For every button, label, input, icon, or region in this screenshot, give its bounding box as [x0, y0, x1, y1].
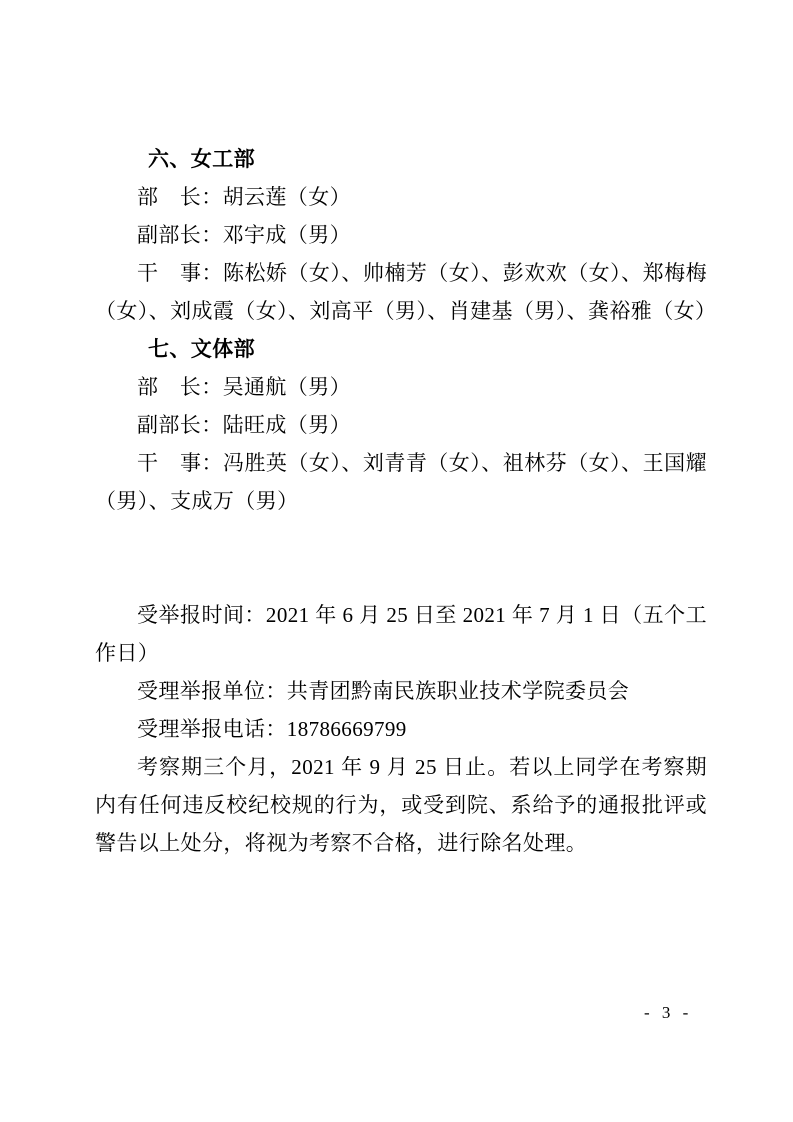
member-names: 胡云莲（女）	[223, 185, 351, 209]
report-time-line: 受举报时间：2021 年 6 月 25 日至 2021 年 7 月 1 日（五个…	[95, 596, 707, 672]
role-label: 部 长：	[137, 185, 223, 209]
blank-lines	[95, 520, 707, 596]
entry-line: 部 长：胡云莲（女）	[95, 178, 707, 216]
member-names: 吴通航（男）	[223, 375, 351, 399]
role-label: 部 长：	[137, 375, 223, 399]
role-label: 副部长：	[137, 223, 223, 247]
document-page: 六、女工部 部 长：胡云莲（女） 副部长：邓宇成（男） 干 事：陈松娇（女）、帅…	[0, 0, 793, 1122]
inspection-note: 考察期三个月，2021 年 9 月 25 日止。若以上同学在考察期内有任何违反校…	[95, 748, 707, 862]
entry-line: 干 事：陈松娇（女）、帅楠芳（女）、彭欢欢（女）、郑梅梅（女）、刘成霞（女）、刘…	[95, 254, 707, 330]
entry-line: 干 事：冯胜英（女）、刘青青（女）、祖林芬（女）、王国耀（男）、支成万（男）	[95, 444, 707, 520]
document-body: 六、女工部 部 长：胡云莲（女） 副部长：邓宇成（男） 干 事：陈松娇（女）、帅…	[95, 140, 707, 862]
section-heading-culture-sports: 七、文体部	[95, 330, 707, 368]
role-label: 副部长：	[137, 413, 223, 437]
role-label: 干 事：	[137, 261, 223, 285]
page-number: - 3 -	[644, 1001, 692, 1025]
section-heading-women-workers: 六、女工部	[95, 140, 707, 178]
member-names: 陆旺成（男）	[223, 413, 351, 437]
report-unit-line: 受理举报单位：共青团黔南民族职业技术学院委员会	[95, 672, 707, 710]
role-label: 干 事：	[137, 451, 223, 475]
report-phone-line: 受理举报电话：18786669799	[95, 710, 707, 748]
entry-line: 副部长：邓宇成（男）	[95, 216, 707, 254]
entry-line: 部 长：吴通航（男）	[95, 368, 707, 406]
entry-line: 副部长：陆旺成（男）	[95, 406, 707, 444]
member-names: 邓宇成（男）	[223, 223, 351, 247]
